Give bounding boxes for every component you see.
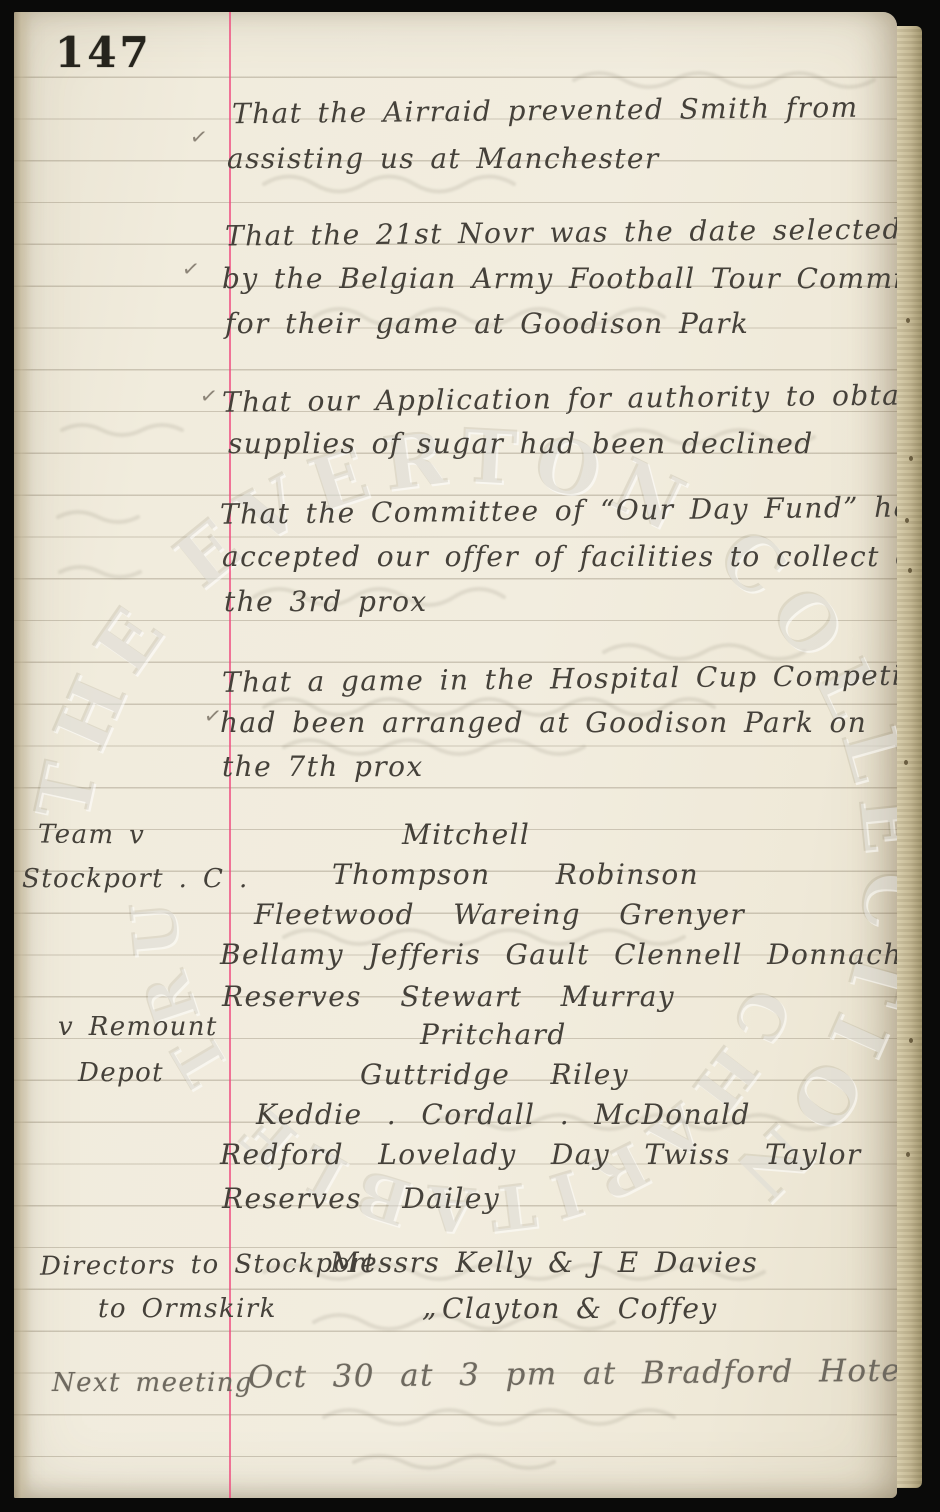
ditto-mark: „ xyxy=(422,1290,438,1323)
book-page-edges xyxy=(897,26,922,1488)
directors-names: Clayton & Coffey xyxy=(442,1292,718,1325)
minute-line: the 3rd prox xyxy=(224,585,428,618)
minute-line: supplies of sugar had been declined xyxy=(228,427,814,460)
check-tick: ✓ xyxy=(198,383,219,409)
check-tick: ✓ xyxy=(188,124,209,150)
lineup-row: Bellamy Jefferis Gault Clennell Donnachi… xyxy=(220,938,897,971)
minute-line: accepted our offer of facilities to coll… xyxy=(222,540,897,573)
lineup-row: Guttridge Riley xyxy=(360,1058,629,1091)
lineup-row: Fleetwood Wareing Grenyer xyxy=(254,898,745,931)
margin-note-opponent: Depot xyxy=(78,1058,164,1088)
minute-line: had been arranged at Goodison Park on xyxy=(220,706,867,739)
page-number: 147 xyxy=(55,28,152,77)
minute-line: That a game in the Hospital Cup Competit… xyxy=(222,658,897,699)
minute-line: That the Airraid prevented Smith from xyxy=(232,91,859,131)
minute-line: the 7th prox xyxy=(222,750,424,783)
minute-line: That our Application for authority to ob… xyxy=(222,378,897,418)
directors-destination: to Ormskirk xyxy=(98,1294,277,1324)
minute-book-page: THE EVERTON COLLECTION THE EVERTON COLLE… xyxy=(14,12,897,1498)
lineup-row: Thompson Robinson xyxy=(332,858,699,891)
lineup-row: Reserves Dailey xyxy=(222,1182,500,1215)
minute-line: That the 21st Novr was the date selected xyxy=(225,212,897,252)
directors-destination: Directors to Stockport xyxy=(40,1248,377,1282)
lineup-row: Keddie . Cordall . McDonald xyxy=(256,1098,751,1131)
check-tick: ✓ xyxy=(180,256,201,282)
next-meeting-label: Next meeting xyxy=(52,1368,253,1398)
lineup-row: Mitchell xyxy=(402,818,530,851)
directors-names: Messrs Kelly & J E Davies xyxy=(330,1246,758,1279)
lineup-row: Redford Lovelady Day Twiss Taylor xyxy=(220,1138,862,1171)
minute-line: for their game at Goodison Park xyxy=(225,307,749,340)
photo-background: THE EVERTON COLLECTION THE EVERTON COLLE… xyxy=(0,0,940,1512)
next-meeting-value: Oct 30 at 3 pm at Bradford Hotel xyxy=(248,1353,897,1396)
lineup-row: Reserves Stewart Murray xyxy=(222,980,675,1013)
minute-line: That the Committee of “Our Day Fund” had xyxy=(220,490,897,530)
minute-line: assisting us at Manchester xyxy=(227,142,660,175)
margin-note-opponent: Stockport . C . xyxy=(22,864,249,894)
margin-note-team: Team v xyxy=(38,820,145,851)
lineup-row: Pritchard xyxy=(420,1018,567,1051)
minute-line: by the Belgian Army Football Tour Commit… xyxy=(222,262,897,295)
margin-note-team: v Remount xyxy=(58,1012,218,1042)
